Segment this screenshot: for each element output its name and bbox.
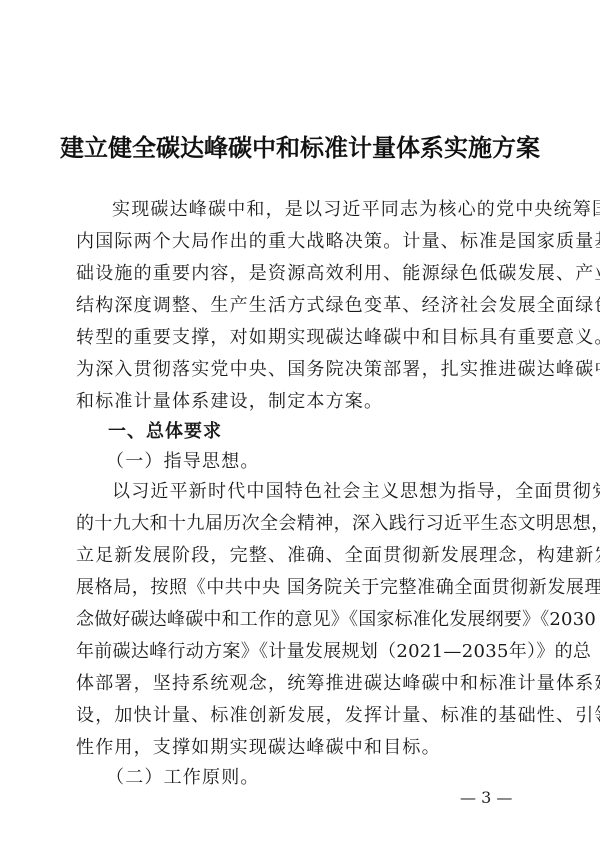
guiding-line: 体部署，坚持系统观念，统筹推进碳达峰碳中和标准计量体系建	[76, 674, 536, 694]
subsection-heading: （二）工作原则。	[106, 768, 566, 788]
guiding-line: 展格局，按照《中共中央 国务院关于完整准确全面贯彻新发展理	[76, 578, 536, 598]
document-title: 建立健全碳达峰碳中和标准计量体系实施方案	[0, 128, 600, 163]
intro-line: 内国际两个大局作出的重大战略决策。计量、标准是国家质量基	[76, 232, 536, 252]
guiding-line: 年前碳达峰行动方案》《计量发展规划（2021—2035年）》的总	[76, 642, 536, 662]
guiding-line: 念做好碳达峰碳中和工作的意见》《国家标准化发展纲要》《2030	[76, 610, 536, 630]
subsection-heading: （一）指导思想。	[106, 452, 566, 472]
intro-line: 转型的重要支撑，对如期实现碳达峰碳中和目标具有重要意义。	[76, 328, 536, 348]
intro-line: 础设施的重要内容，是资源高效利用、能源绿色低碳发展、产业	[76, 264, 536, 284]
intro-line: 结构深度调整、生产生活方式绿色变革、经济社会发展全面绿色	[76, 296, 536, 316]
intro-line: 为深入贯彻落实党中央、国务院决策部署，扎实推进碳达峰碳中	[76, 360, 536, 380]
guiding-line: 以习近平新时代中国特色社会主义思想为指导，全面贯彻党	[112, 482, 572, 502]
page-number: — 3 —	[460, 788, 512, 807]
intro-line: 和标准计量体系建设，制定本方案。	[76, 392, 536, 412]
guiding-line: 性作用，支撑如期实现碳达峰碳中和目标。	[76, 738, 536, 758]
document-page: 建立健全碳达峰碳中和标准计量体系实施方案 实现碳达峰碳中和，是以习近平同志为核心…	[0, 0, 600, 848]
intro-line: 实现碳达峰碳中和，是以习近平同志为核心的党中央统筹国	[112, 200, 572, 220]
section-heading: 一、总体要求	[108, 422, 568, 442]
guiding-line: 立足新发展阶段，完整、准确、全面贯彻新发展理念，构建新发	[76, 546, 536, 566]
guiding-line: 设，加快计量、标准创新发展，发挥计量、标准的基础性、引领	[76, 706, 536, 726]
guiding-line: 的十九大和十九届历次全会精神，深入践行习近平生态文明思想，	[76, 514, 536, 534]
